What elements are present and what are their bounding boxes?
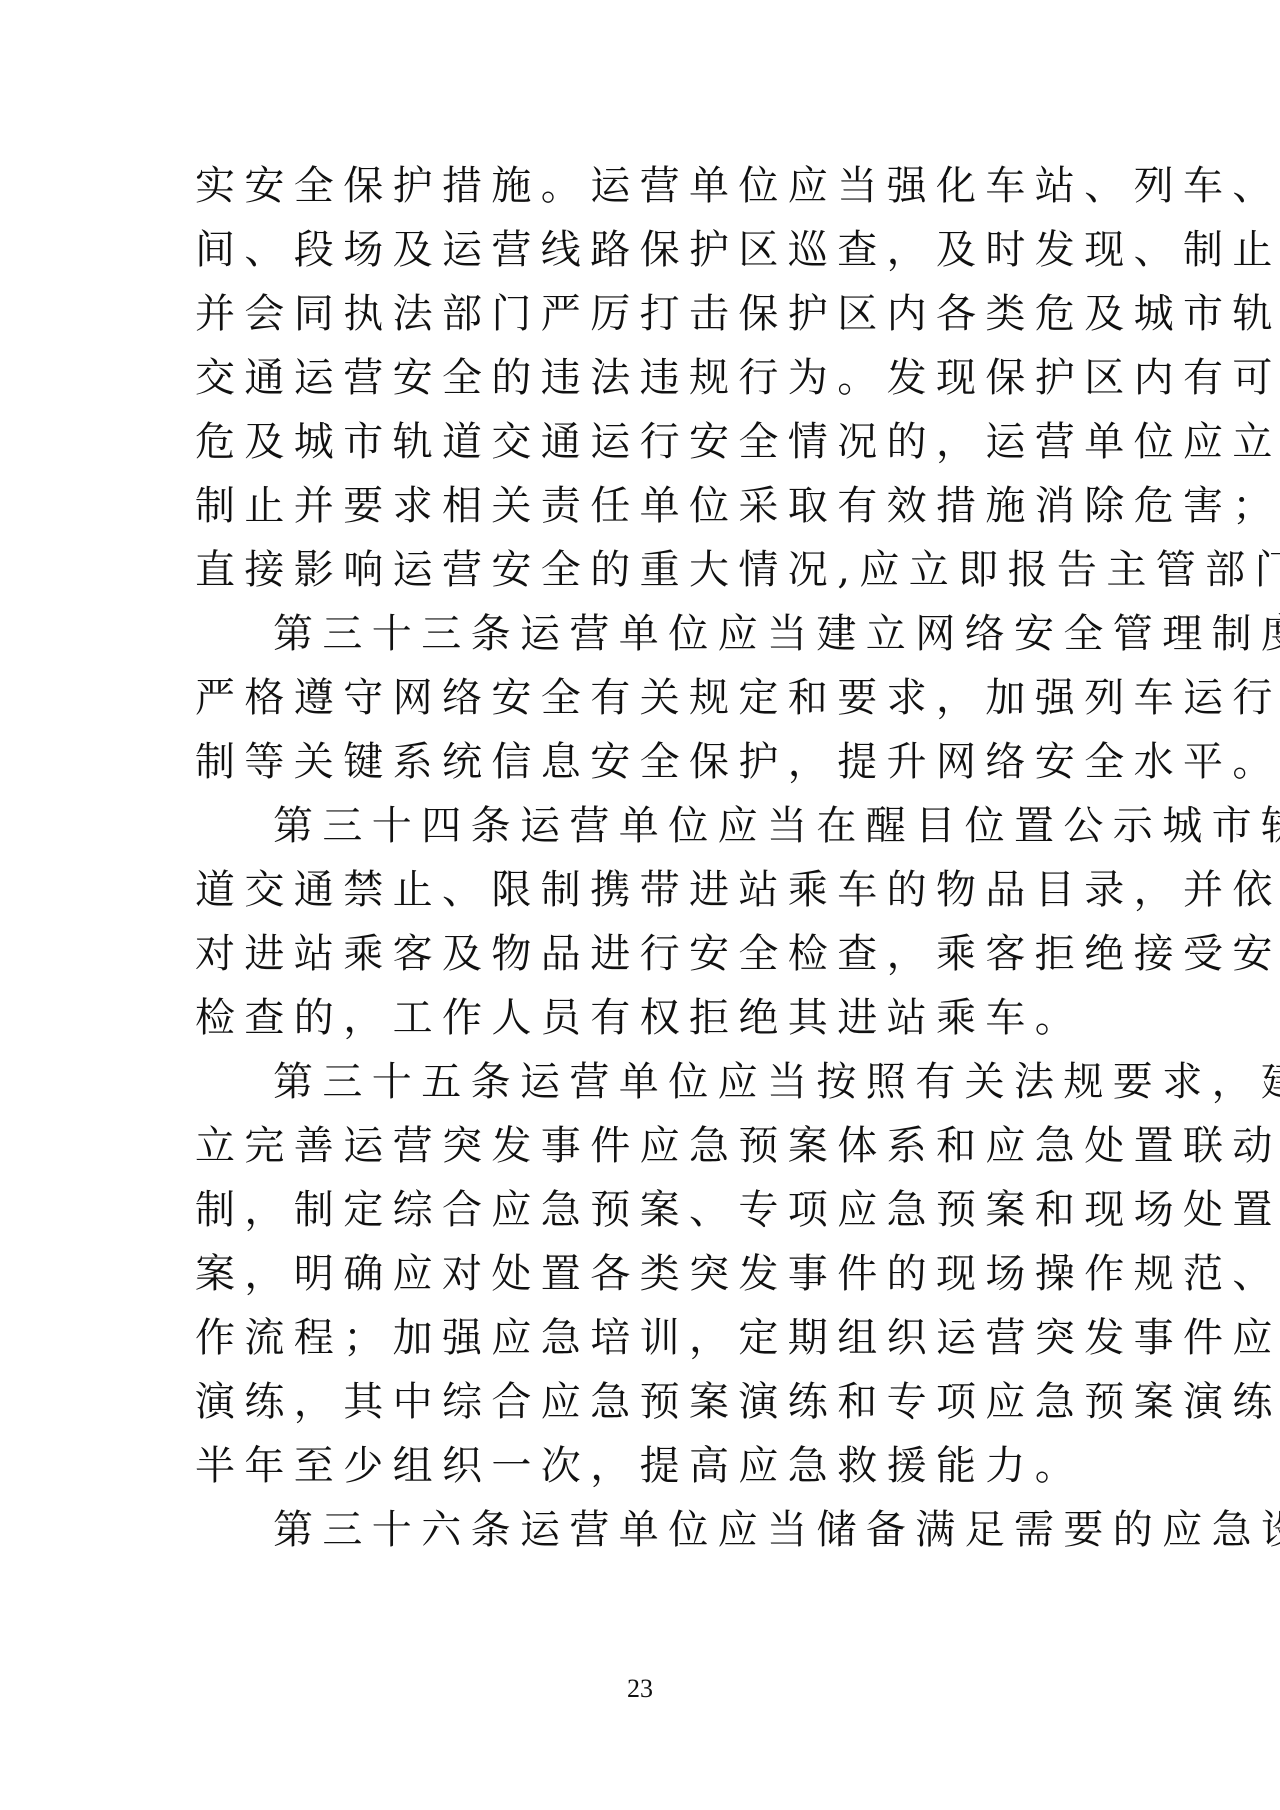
- text-line: 危及城市轨道交通运行安全情况的，运营单位应立即: [195, 410, 1095, 474]
- text-line: 作流程；加强应急培训，定期组织运营突发事件应急: [195, 1306, 1095, 1370]
- body-text: 实安全保护措施。运营单位应当强化车站、列车、区 间、段场及运营线路保护区巡查，及…: [195, 154, 1095, 1562]
- text-line: 道交通禁止、限制携带进站乘车的物品目录，并依法: [195, 858, 1095, 922]
- text-line: 立完善运营突发事件应急预案体系和应急处置联动机: [195, 1114, 1095, 1178]
- text-line: 实安全保护措施。运营单位应当强化车站、列车、区: [195, 154, 1095, 218]
- text-line: 间、段场及运营线路保护区巡查，及时发现、制止、: [195, 218, 1095, 282]
- text-line: 并会同执法部门严厉打击保护区内各类危及城市轨道: [195, 282, 1095, 346]
- article-33-heading-line: 第三十三条运营单位应当建立网络安全管理制度,: [195, 602, 1095, 666]
- article-34-heading-line: 第三十四条运营单位应当在醒目位置公示城市轨: [195, 794, 1095, 858]
- text-line: 演练，其中综合应急预案演练和专项应急预案演练每: [195, 1370, 1095, 1434]
- document-page: 实安全保护措施。运营单位应当强化车站、列车、区 间、段场及运营线路保护区巡查，及…: [0, 0, 1280, 1810]
- article-36-heading-line: 第三十六条运营单位应当储备满足需要的应急设: [195, 1498, 1095, 1562]
- text-line: 交通运营安全的违法违规行为。发现保护区内有可能: [195, 346, 1095, 410]
- text-line: 半年至少组织一次，提高应急救援能力。: [195, 1434, 1095, 1498]
- page-number: 23: [0, 1674, 1280, 1704]
- text-line: 案，明确应对处置各类突发事件的现场操作规范、工: [195, 1242, 1095, 1306]
- article-35-heading-line: 第三十五条运营单位应当按照有关法规要求，建: [195, 1050, 1095, 1114]
- text-line: 制等关键系统信息安全保护，提升网络安全水平。: [195, 730, 1095, 794]
- text-line: 直接影响运营安全的重大情况,应立即报告主管部门。: [195, 538, 1095, 602]
- text-line: 检查的，工作人员有权拒绝其进站乘车。: [195, 986, 1095, 1050]
- text-line: 对进站乘客及物品进行安全检查，乘客拒绝接受安全: [195, 922, 1095, 986]
- text-line: 制，制定综合应急预案、专项应急预案和现场处置方: [195, 1178, 1095, 1242]
- text-line: 严格遵守网络安全有关规定和要求，加强列车运行控: [195, 666, 1095, 730]
- text-line: 制止并要求相关责任单位采取有效措施消除危害；对: [195, 474, 1095, 538]
